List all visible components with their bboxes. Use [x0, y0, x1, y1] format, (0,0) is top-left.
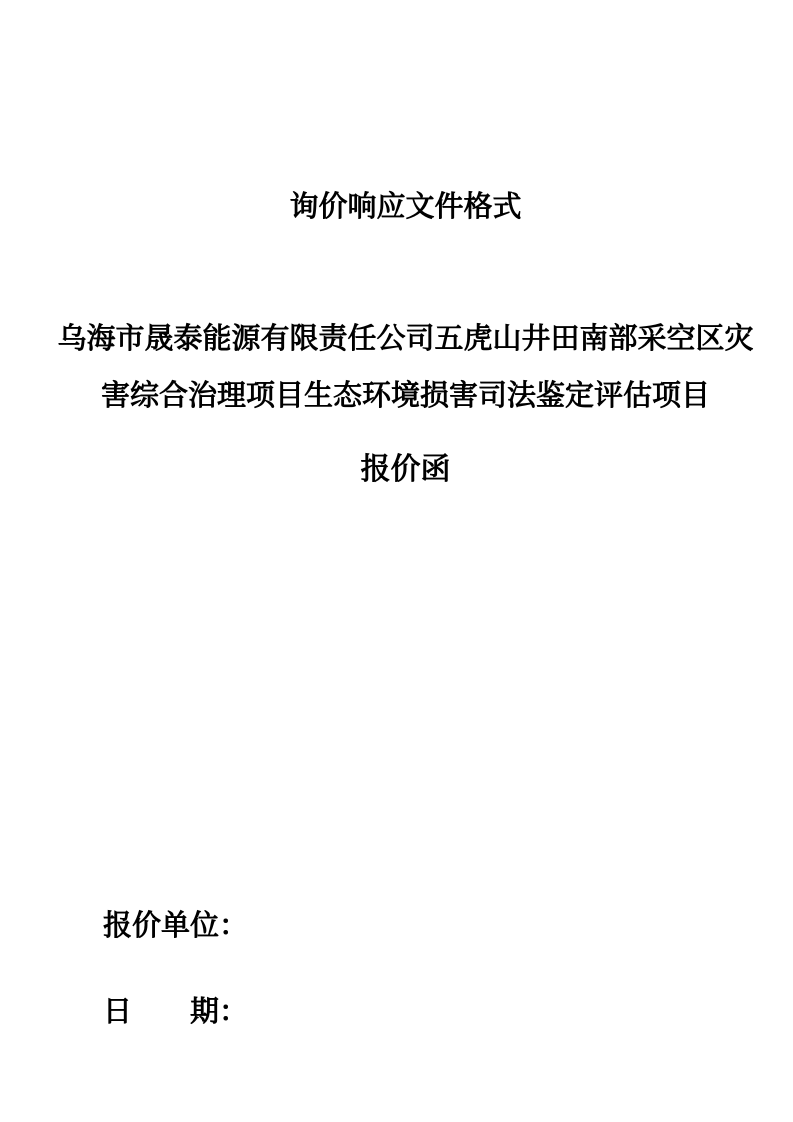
project-name-line-1: 乌海市晟泰能源有限责任公司五虎山井田南部采空区灾 [18, 311, 793, 368]
project-name-line-2: 害综合治理项目生态环境损害司法鉴定评估项目 [18, 368, 793, 425]
document-page: 询价响应文件格式 乌海市晟泰能源有限责任公司五虎山井田南部采空区灾 害综合治理项… [0, 0, 793, 1122]
date-field: 日 期： [74, 964, 248, 1060]
document-format-title: 询价响应文件格式 [18, 193, 793, 222]
quote-unit-label: 报价单位： [103, 910, 248, 942]
quote-unit-field: 报价单位： [74, 878, 248, 974]
date-label: 日 期： [103, 996, 248, 1028]
quotation-letter-title: 报价函 [18, 455, 793, 485]
project-name: 乌海市晟泰能源有限责任公司五虎山井田南部采空区灾 害综合治理项目生态环境损害司法… [18, 311, 793, 425]
